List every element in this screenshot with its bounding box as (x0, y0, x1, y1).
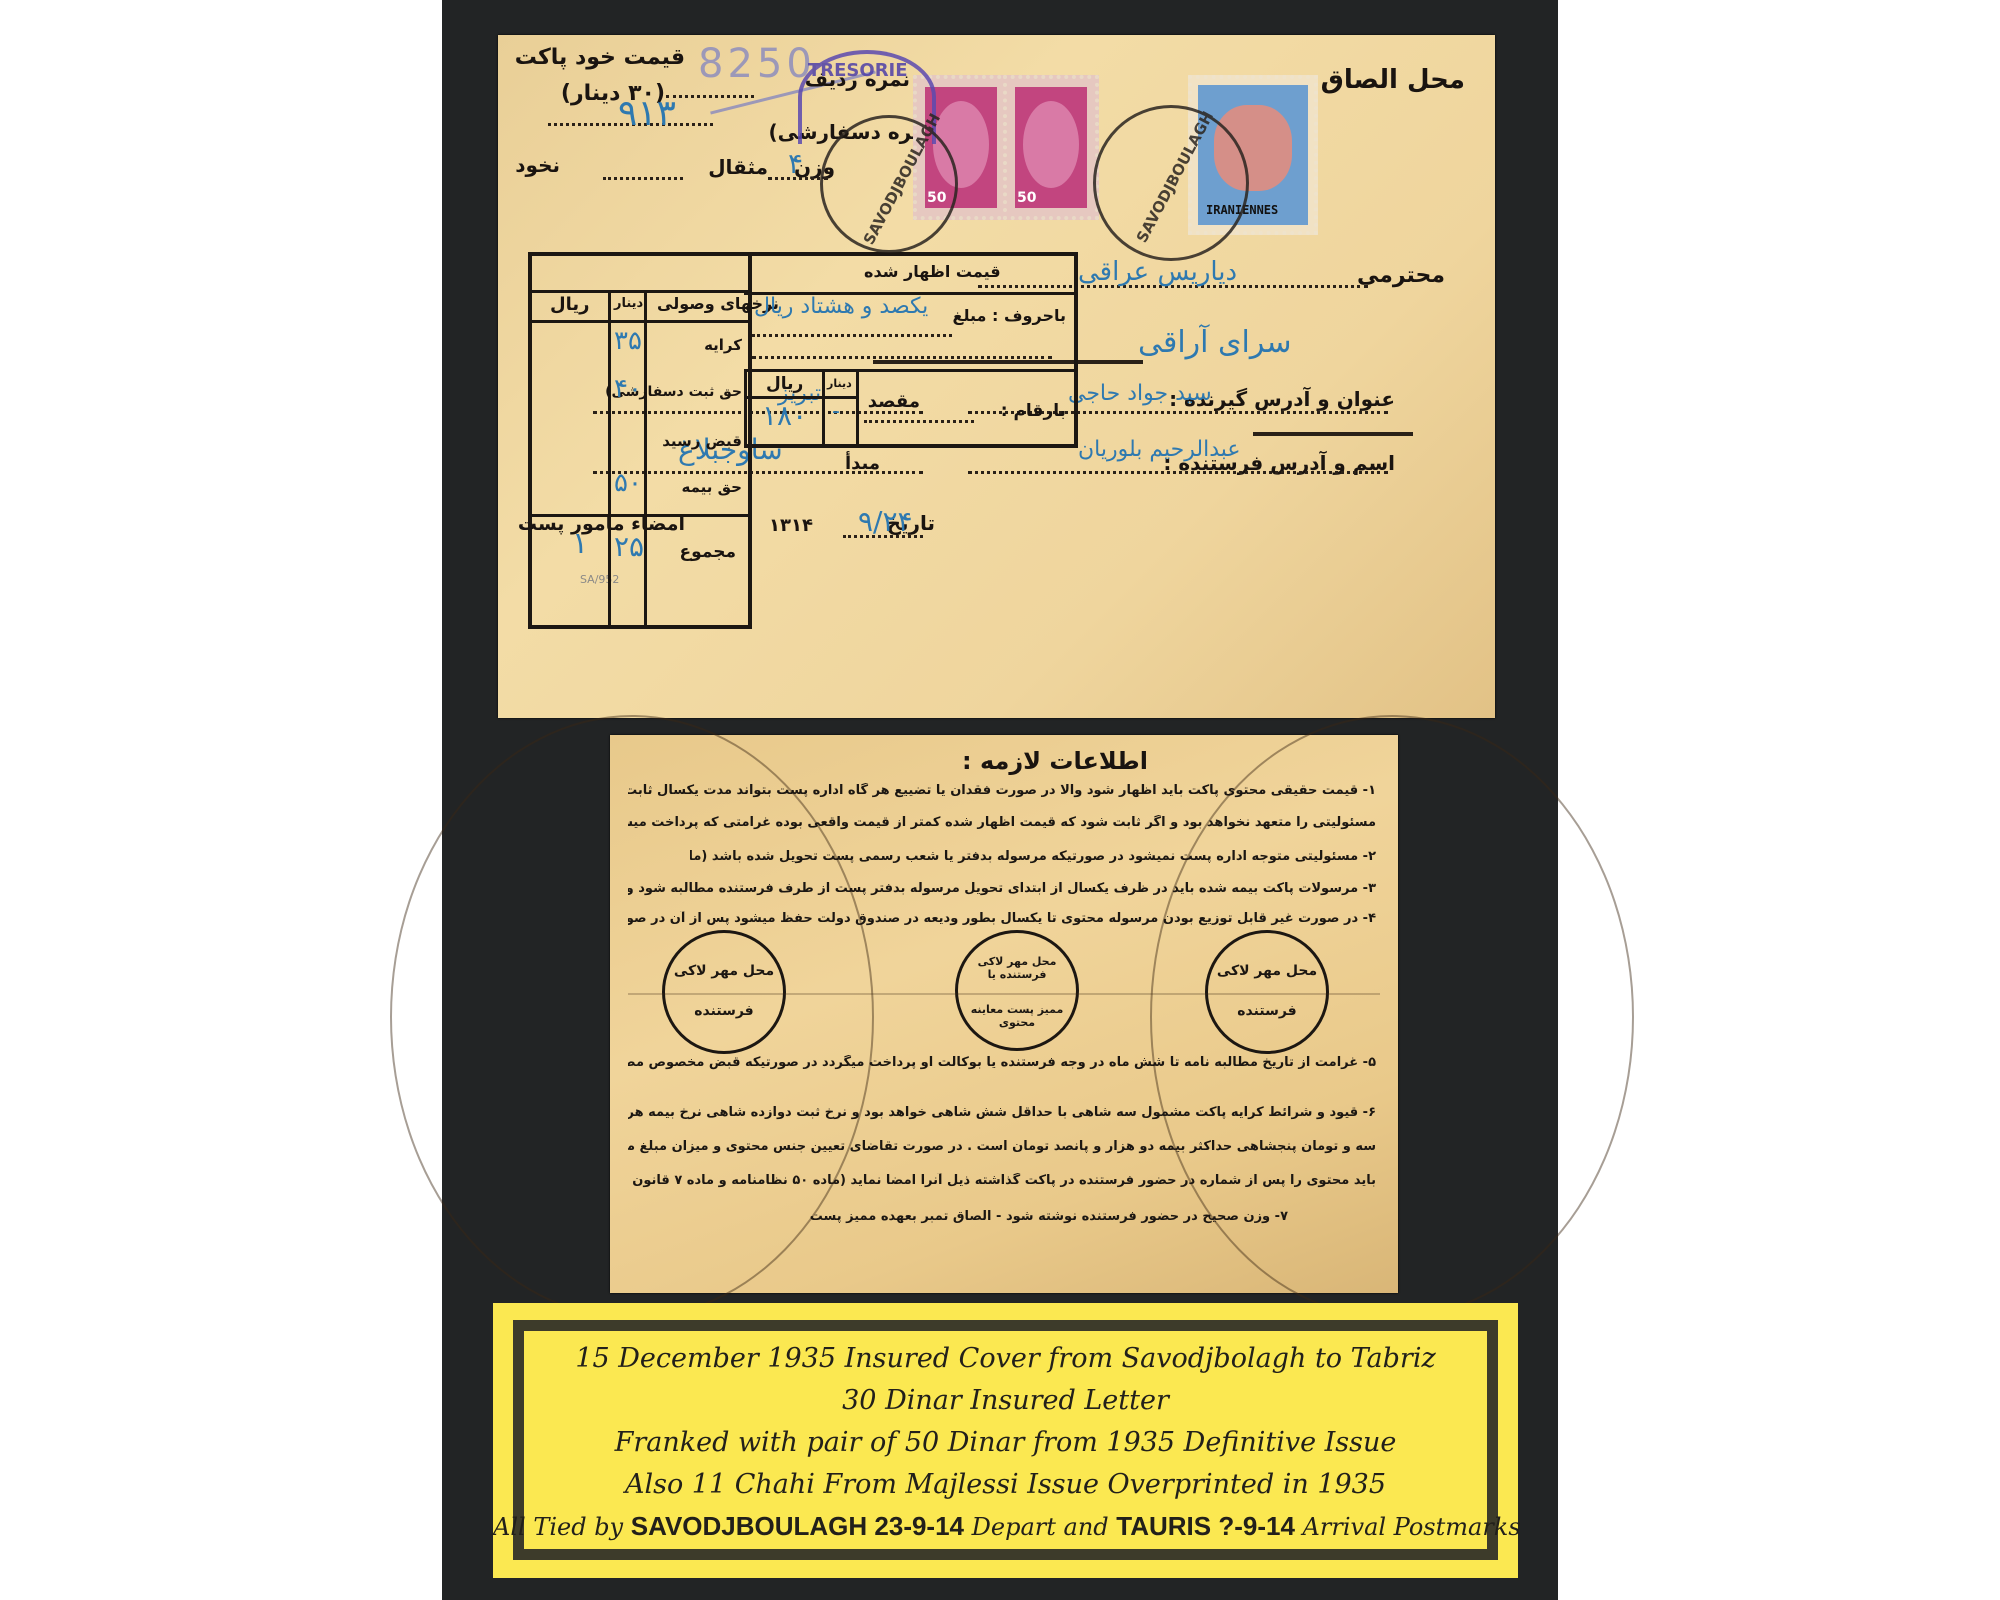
caption-line-3: Franked with pair of 50 Dinar from 1935 … (493, 1427, 1518, 1458)
declared-value-box: قیمت اظهار شده باحروف : مبلغ یکصد و هشتا… (744, 252, 1078, 448)
info-paragraph: سه و تومان پنجشاهی حداکثر بیمه دو هزار و… (628, 1139, 1376, 1154)
recipient-value: سید جواد حاجی (1068, 381, 1212, 406)
fees-col-rial: ریال (550, 294, 590, 315)
info-paragraph: ۴- در صورت غیر قابل توزیع بودن مرسوله مح… (628, 911, 1376, 926)
fees-col-dinar: دینار (614, 296, 643, 311)
cachet-text: TRESORIE (808, 60, 908, 81)
back-title: اطلاعات لازمه : (962, 747, 1148, 775)
addressee-line1: دیاریس عراقی (1078, 257, 1237, 287)
postmark-savodjboulagh-1: SAVODJBOULAGH (820, 115, 958, 253)
stamp-value: 50 (1017, 190, 1036, 206)
fee-row-label: کرایه (704, 336, 742, 354)
info-paragraph: ۱- قیمت حقیقی محتوی پاکت باید اظهار شود … (628, 783, 1376, 798)
sender-value: عبدالرحیم بلوریان (1078, 437, 1241, 462)
info-paragraph: باید محتوی را پس از شماره در حضور فرستند… (628, 1173, 1376, 1188)
in-words-value: یکصد و هشتاد ریال (754, 294, 928, 319)
seal-circle-right: محل مهر لاکی فرستنده (1205, 930, 1329, 1054)
weight-unit2: نخود (515, 153, 560, 177)
caption-line-4: Also 11 Chahi From Majlessi Issue Overpr… (493, 1469, 1518, 1500)
in-figures-label: بارقام : (1001, 401, 1066, 421)
fee-row-dinar: ۵۰ (614, 468, 642, 498)
info-paragraph: مسئولیتی را متعهد نخواهد بود و اگر ثابت … (628, 815, 1376, 830)
cover-front: قیمت خود پاکت (۳۰ دینار) 8250 نمره ردیف … (498, 35, 1495, 718)
info-paragraph: ۷- وزن صحیح در حضور فرستنده نوشته شود - … (810, 1209, 1288, 1224)
declared-dinar-header: دینار (827, 377, 852, 390)
seal-circle-left: محل مهر لاکی فرستنده (662, 930, 786, 1054)
caption-line-2: 30 Dinar Insured Letter (493, 1385, 1518, 1416)
fees-total-dinar: ۲۵ (614, 530, 644, 563)
cover-price-title: قیمت خود پاکت (515, 45, 685, 70)
addressee-label: محترمی (1357, 263, 1445, 288)
cover-back: اطلاعات لازمه : ۱- قیمت حقیقی محتوی پاکت… (610, 735, 1398, 1293)
fee-row-label: قبض رسید (662, 432, 742, 450)
fees-total-label: مجموع (680, 542, 736, 562)
fees-total-rial: ۱ (572, 526, 588, 561)
fee-row-dinar: ۴۰ (614, 374, 642, 404)
fee-row-dinar: ۳۵ (614, 326, 642, 356)
declared-rial-value: ۱۸۰ (762, 399, 807, 432)
info-paragraph: ۲- مسئولیتی متوجه اداره پست نمیشود در صو… (690, 849, 1376, 864)
caption-label: 15 December 1935 Insured Cover from Savo… (493, 1303, 1518, 1578)
registered-number: ۹۱۳ (618, 93, 676, 134)
fee-row-label: حق بیمه (682, 478, 742, 496)
pencil-number: 8250 (698, 41, 816, 87)
seal-circle-center: محل مهر لاکی فرستنده یا ممیز پست معاینه … (955, 930, 1079, 1051)
fees-table: نرخهای وصولی دینار ریال کرایه ۳۵ حق ثبت … (528, 252, 752, 629)
in-words-label: باحروف : مبلغ (953, 306, 1066, 325)
date-value: ۹/۲۴ (858, 505, 913, 538)
caption-line-1: 15 December 1935 Insured Cover from Savo… (493, 1343, 1518, 1374)
weight-unit: مثقال (708, 155, 768, 179)
addressee-line2: سرای آراقی (1138, 325, 1292, 360)
info-paragraph: ۵- غرامت از تاریخ مطالبه نامه تا شش ماه … (628, 1055, 1376, 1070)
declared-dinar-value: - (832, 399, 840, 424)
declared-rial-header: ریال (766, 374, 803, 394)
info-paragraph: ۳- مرسولات پاکت بیمه شده باید در ظرف یکس… (628, 881, 1376, 896)
declared-header: قیمت اظهار شده (864, 262, 1001, 281)
date-year: ۱۳۱۴ (769, 515, 813, 536)
stamp-50-dinar-2: 50 (1003, 75, 1099, 220)
info-paragraph: ۶- قیود و شرائط کرایه پاکت مشمول سه شاهی… (628, 1105, 1376, 1120)
postmark-savodjboulagh-2: SAVODJBOULAGH (1093, 105, 1249, 261)
weight-value: ۴ (788, 147, 803, 180)
caption-line-5: All Tied by SAVODJBOULAGH 23-9-14 Depart… (493, 1511, 1518, 1542)
origin-label: مبدأ (845, 453, 880, 474)
